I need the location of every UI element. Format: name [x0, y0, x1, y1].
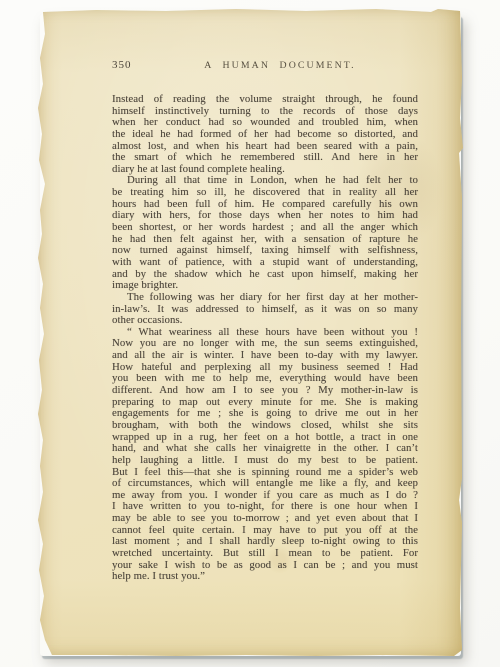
book-page: 350 A HUMAN DOCUMENT. Instead of reading… [36, 8, 463, 657]
text-line: help laughing a little. I must do my bes… [112, 455, 418, 467]
paragraph: Instead of reading the volume straight t… [112, 94, 418, 175]
text-line: help me. I trust you.” [112, 571, 418, 583]
text-line: been shortest, or her words hardest ; an… [112, 222, 418, 234]
body-text: Instead of reading the volume straight t… [112, 94, 418, 583]
paragraph: The following was her diary for her firs… [112, 292, 418, 327]
text-line: Instead of reading the volume straight t… [112, 94, 418, 106]
text-line: may be able to see you to-morrow ; and y… [112, 513, 418, 525]
paragraph: During all that time in London, when he … [112, 175, 418, 291]
running-title: A HUMAN DOCUMENT. [112, 59, 418, 72]
text-block: 350 A HUMAN DOCUMENT. Instead of reading… [112, 59, 418, 583]
text-line: The following was her diary for her firs… [112, 292, 418, 304]
text-line: the ideal he had formed of her had becom… [112, 129, 418, 141]
text-line: wretched uncertainty. But still I mean t… [112, 548, 418, 560]
text-line: with want of patience, with a stupid wan… [112, 257, 418, 269]
scanned-page-background: 350 A HUMAN DOCUMENT. Instead of reading… [0, 0, 500, 667]
text-line: brougham, with both the windows closed, … [112, 420, 418, 432]
paragraph: “ What weariness all these hours have be… [112, 327, 418, 583]
page-header: 350 A HUMAN DOCUMENT. [112, 59, 418, 72]
page-number: 350 [112, 59, 132, 72]
text-line: different. And how am I to see you ? My … [112, 385, 418, 397]
text-line: and all the air is winter. I have been t… [112, 350, 418, 362]
